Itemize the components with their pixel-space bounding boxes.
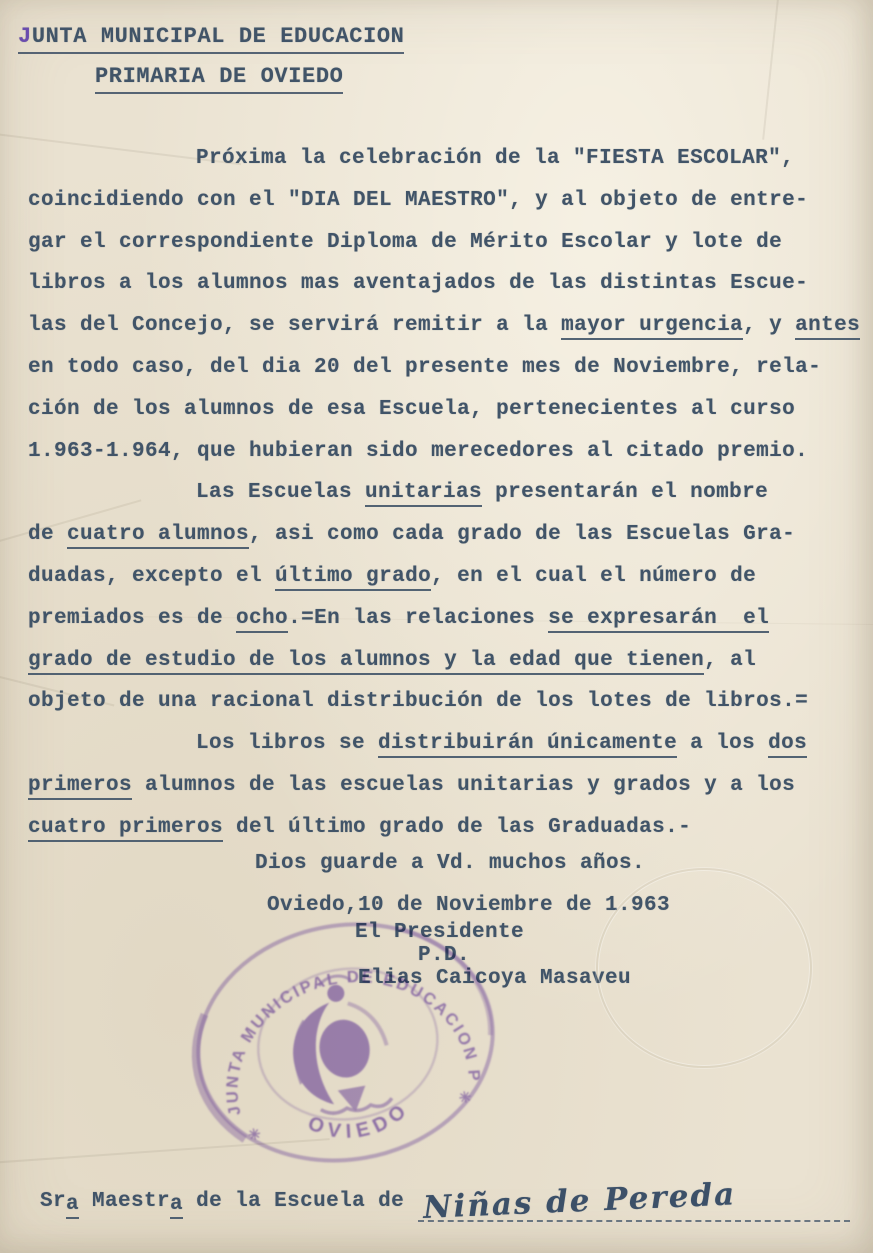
rubber-stamp-icon: JUNTA MUNICIPAL DE EDUCACION PRIMARIA OV…: [171, 894, 526, 1195]
letter-line-4: libros a los alumnos mas aventajados de …: [28, 263, 858, 305]
text-segment: último grado: [275, 565, 431, 591]
letter-line-12: premiados es de ocho.=En las relaciones …: [28, 598, 858, 640]
svg-text:OVIEDO: OVIEDO: [301, 1095, 418, 1152]
text-segment: duadas, excepto el: [28, 565, 275, 588]
stamp-side-mark-left: ✳: [247, 1126, 263, 1145]
text-segment: las del Concejo, se servirá remitir a la: [28, 314, 561, 337]
text-segment: Las Escuelas: [196, 481, 365, 504]
letter-line-5: las del Concejo, se servirá remitir a la…: [28, 305, 858, 347]
addressee-line: Sra Maestra de la Escuela de Niñas de Pe…: [40, 1190, 850, 1222]
stamp-city-text: OVIEDO: [301, 1095, 418, 1152]
letter-line-2: coincidiendo con el "DIA DEL MAESTRO", y…: [28, 180, 858, 222]
text-segment: , asi como cada grado de las Escuelas Gr…: [249, 523, 795, 546]
text-segment: Los libros se: [196, 732, 378, 755]
header-department: PRIMARIA DE OVIEDO: [95, 64, 343, 94]
text-segment: premiados es de: [28, 607, 236, 630]
text-segment: cuatro primeros: [28, 816, 223, 842]
text-segment: antes: [795, 314, 860, 340]
text-segment: libros a los alumnos mas aventajados de …: [28, 272, 808, 295]
text-segment: Maestr: [79, 1190, 170, 1213]
letter-line-8: 1.963-1.964, que hubieran sido merecedor…: [28, 431, 858, 473]
text-segment: se expresarán el: [548, 607, 769, 633]
letter-line-6: en todo caso, del dia 20 del presente me…: [28, 347, 858, 389]
text-segment: , y: [743, 314, 795, 337]
text-segment: de la Escuela de: [183, 1190, 404, 1213]
text-segment: grado de estudio de los alumnos y la eda…: [28, 649, 704, 675]
letter-line-16: primeros alumnos de las escuelas unitari…: [28, 765, 858, 807]
letter-document: JUNTA MUNICIPAL DE EDUCACION PRIMARIA DE…: [0, 0, 873, 1253]
text-segment: en todo caso, del dia 20 del presente me…: [28, 356, 821, 379]
stamp-side-mark-right: ✳: [458, 1088, 474, 1107]
paper-crease: [762, 0, 779, 140]
text-segment: distribuirán únicamente: [378, 732, 677, 758]
letter-line-7: ción de los alumnos de esa Escuela, pert…: [28, 389, 858, 431]
text-segment: , en el cual el número de: [431, 565, 756, 588]
letter-line-14: objeto de una racional distribución de l…: [28, 681, 858, 723]
text-segment: coincidiendo con el "DIA DEL MAESTRO", y…: [28, 189, 808, 212]
letter-line-1: Próxima la celebración de la "FIESTA ESC…: [28, 138, 858, 180]
text-segment: cuatro alumnos: [67, 523, 249, 549]
text-segment: gar el correspondiente Diploma de Mérito…: [28, 231, 782, 254]
text-segment: a los: [677, 732, 768, 755]
letter-line-13: grado de estudio de los alumnos y la eda…: [28, 640, 858, 682]
text-segment: , al: [704, 649, 756, 672]
text-segment: del último grado de las Graduadas.-: [223, 816, 691, 839]
text-segment: Próxima la celebración de la "FIESTA ESC…: [196, 147, 794, 170]
text-segment: de: [28, 523, 67, 546]
letter-line-17: cuatro primeros del último grado de las …: [28, 807, 858, 849]
letter-line-15: Los libros se distribuirán únicamente a …: [28, 723, 858, 765]
letter-line-3: gar el correspondiente Diploma de Mérito…: [28, 222, 858, 264]
salute-line: Dios guarde a Vd. muchos años.: [255, 852, 645, 875]
text-segment: primeros: [28, 774, 132, 800]
text-segment: ción de los alumnos de esa Escuela, pert…: [28, 398, 795, 421]
fill-in-line: Niñas de Pereda: [418, 1190, 850, 1222]
handwritten-school-name: Niñas de Pereda: [423, 1176, 737, 1226]
text-segment: presentarán el nombre: [482, 481, 768, 504]
text-segment: objeto de una racional distribución de l…: [28, 690, 808, 713]
text-segment: alumnos de las escuelas unitarias y grad…: [132, 774, 795, 797]
text-segment: ocho: [236, 607, 288, 633]
text-segment: a: [66, 1193, 79, 1219]
text-segment: 1.963-1.964, que hubieran sido merecedor…: [28, 440, 808, 463]
letter-line-9: Las Escuelas unitarias presentarán el no…: [28, 472, 858, 514]
letter-line-11: duadas, excepto el último grado, en el c…: [28, 556, 858, 598]
letter-body: Próxima la celebración de la "FIESTA ESC…: [28, 138, 858, 849]
text-segment: a: [170, 1193, 183, 1219]
letter-line-10: de cuatro alumnos, asi como cada grado d…: [28, 514, 858, 556]
header-organization: JUNTA MUNICIPAL DE EDUCACION: [18, 24, 404, 54]
text-segment: unitarias: [365, 481, 482, 507]
embossed-seal: [596, 868, 812, 1068]
text-segment: dos: [768, 732, 807, 758]
text-segment: Sr: [40, 1190, 66, 1213]
addressee-typed-text: Sra Maestra de la Escuela de: [40, 1190, 404, 1213]
text-segment: .=En las relaciones: [288, 607, 548, 630]
text-segment: mayor urgencia: [561, 314, 743, 340]
